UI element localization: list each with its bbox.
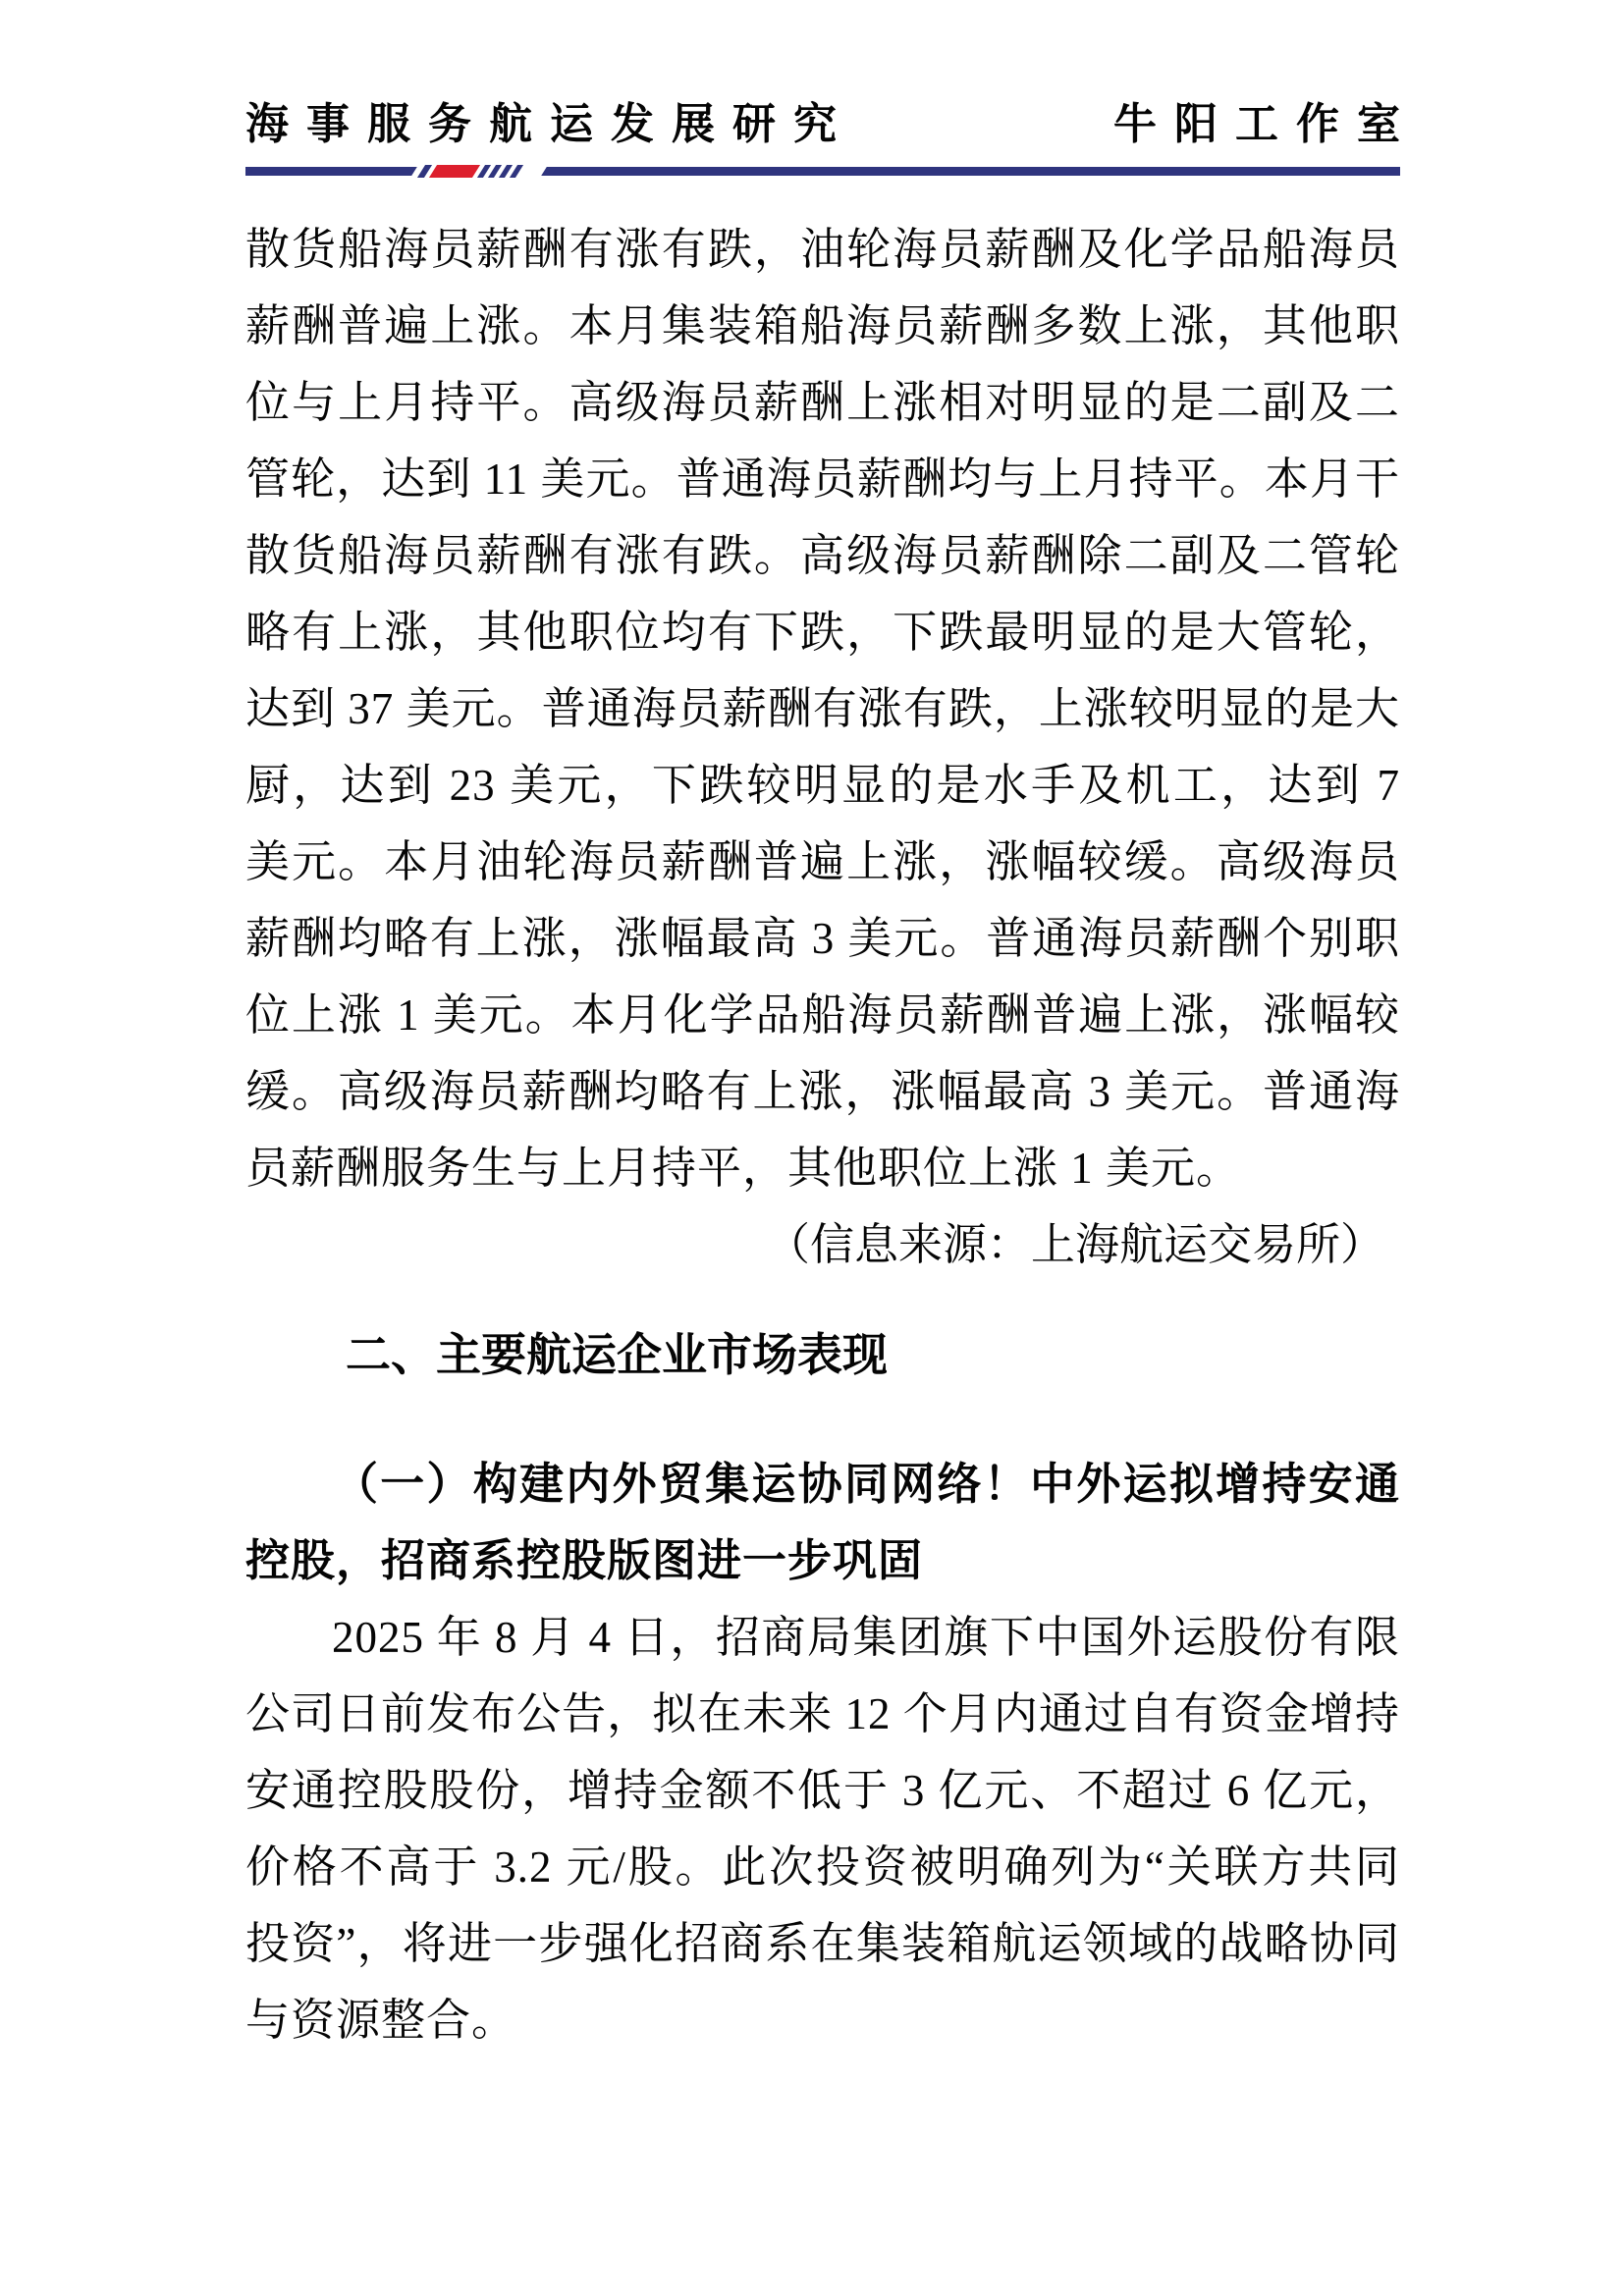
subsection-heading: （一）构建内外贸集运协同网络！中外运拟增持安通控股，招商系控股版图进一步巩固 [245,1446,1400,1599]
accent-stripe-4 [510,165,523,178]
page-header: 海事服务航运发展研究 牛阳工作室 [245,0,1400,149]
header-rule [245,167,1400,176]
crew-wage-paragraph: 散货船海员薪酬有涨有跌，油轮海员薪酬及化学品船海员薪酬普遍上涨。本月集装箱船海员… [245,211,1400,1206]
source-note: （信息来源：上海航运交易所） [245,1206,1400,1283]
accent-red-block [429,165,480,178]
sinotrans-paragraph: 2025 年 8 月 4 日，招商局集团旗下中国外运股份有限公司日前发布公告，拟… [245,1599,1400,2058]
page-content: 海事服务航运发展研究 牛阳工作室 散货船海员薪酬有涨有跌，油轮海员薪酬及化学品船… [0,0,1624,2058]
header-right-title: 牛阳工作室 [1113,100,1418,149]
document-page: 海事服务航运发展研究 牛阳工作室 散货船海员薪酬有涨有跌，油轮海员薪酬及化学品船… [0,0,1624,2296]
header-left-title: 海事服务航运发展研究 [245,100,854,149]
header-rule-accent [410,165,548,178]
section-heading: 二、主要航运企业市场表现 [245,1316,1400,1393]
